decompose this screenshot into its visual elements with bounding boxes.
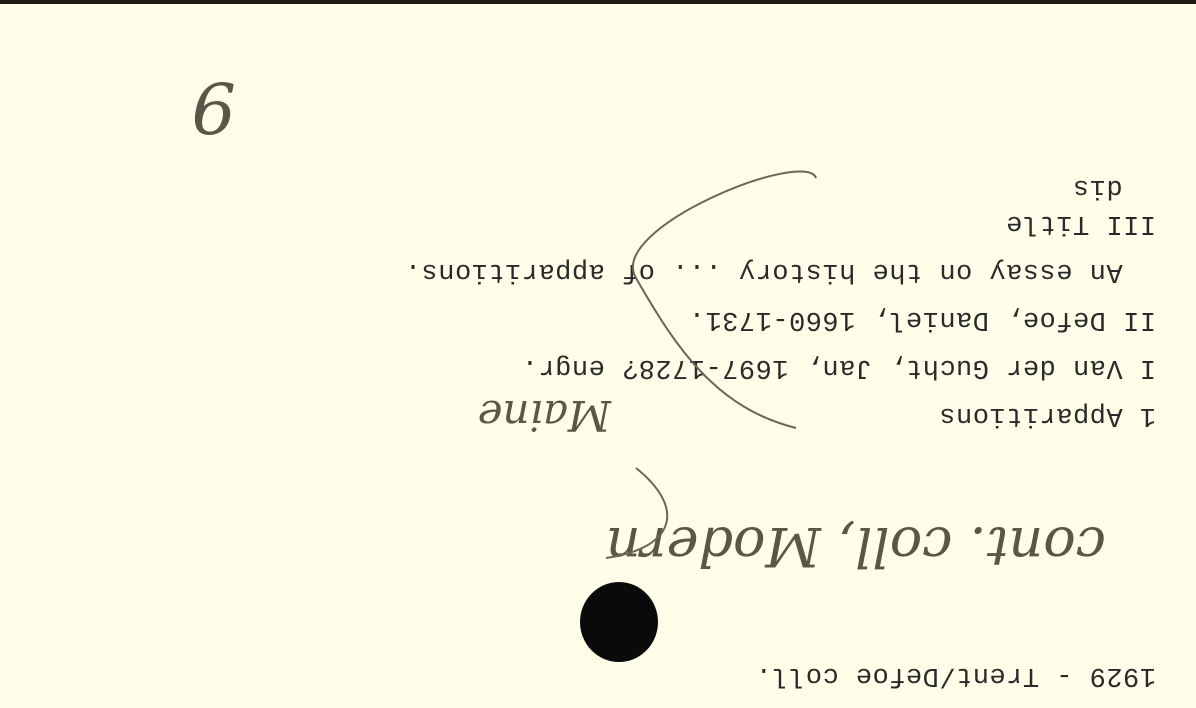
pencil-strokes [0,4,1196,708]
catalog-card: 1929 - Trent/Defoe coll. cont. coll, Mod… [0,4,1196,708]
